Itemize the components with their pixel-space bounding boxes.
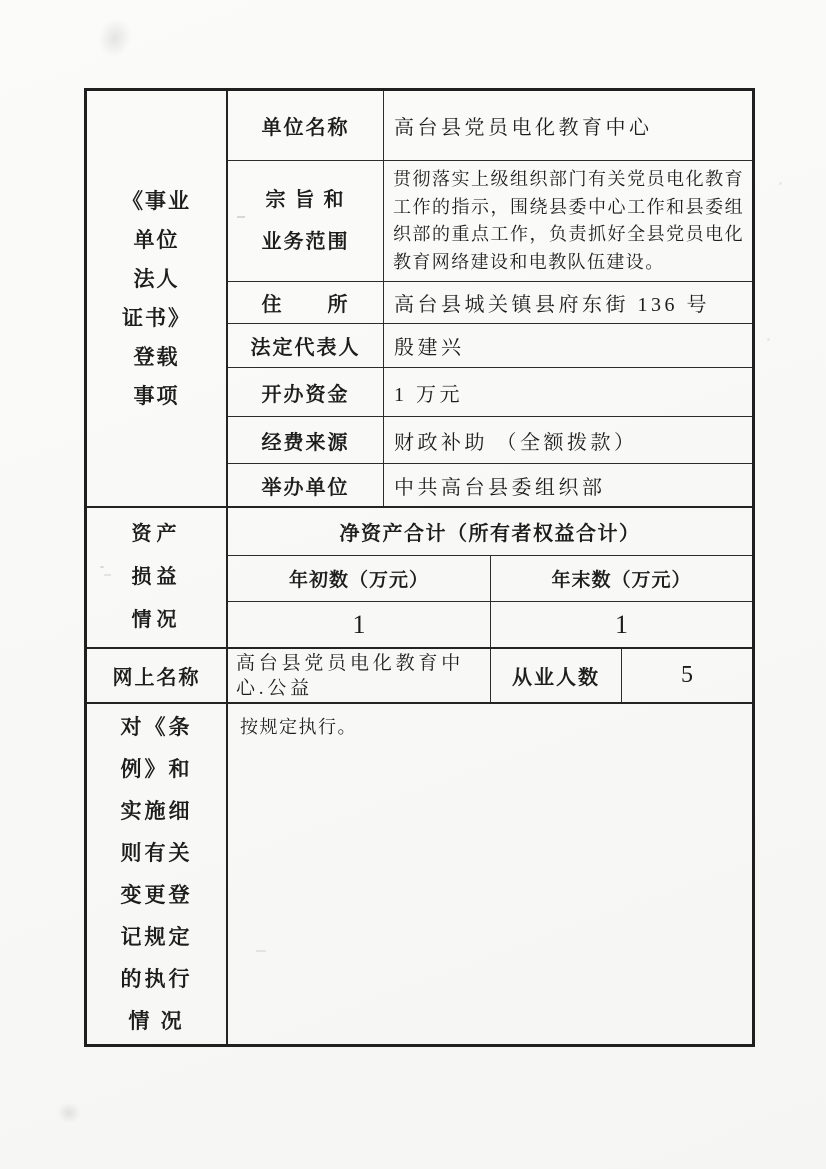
online-name-value: 高台县党员电化教育中心.公益 <box>228 649 491 702</box>
table-row-organizer: 举办单位 中共高台县委组织部 <box>228 464 752 506</box>
regulation-label-line: 记规定 <box>121 916 193 958</box>
regulation-label-line: 变更登 <box>121 874 193 916</box>
regulation-label-line: 则有关 <box>121 832 193 874</box>
online-name-label: 网上名称 <box>113 661 201 690</box>
begin-year-label: 年初数（万元） <box>228 556 491 601</box>
opening-capital-value: 1 万元 <box>384 368 752 416</box>
organizer-label: 举办单位 <box>228 464 384 506</box>
legal-representative-value: 殷建兴 <box>384 324 752 367</box>
regulation-label-line: 对《条 <box>121 706 193 748</box>
online-name-section: 网上名称 高台县党员电化教育中心.公益 从业人数 5 <box>87 649 752 704</box>
opening-capital-label: 开办资金 <box>228 368 384 416</box>
net-assets-header: 净资产合计（所有者权益合计） <box>228 508 752 556</box>
regulation-label-line: 情 况 <box>128 1000 184 1042</box>
certificate-header-line: 事项 <box>134 377 180 416</box>
table-row-legal-representative: 法定代表人 殷建兴 <box>228 324 752 368</box>
regulation-section-label: 对《条 例》和 实施细 则有关 变更登 记规定 的执行 情 况 <box>87 704 228 1044</box>
online-name-label-cell: 网上名称 <box>87 649 228 702</box>
scan-smudge <box>84 4 145 71</box>
asset-profit-loss-section: 资产 损益 情况 净资产合计（所有者权益合计） 年初数（万元） 年末数（万元） … <box>87 508 752 649</box>
certificate-header-line: 法人 <box>134 260 180 299</box>
table-row-funding-source: 经费来源 财政补助 （全额拨款） <box>228 417 752 464</box>
unit-name-label: 单位名称 <box>228 91 384 160</box>
regulation-label-line: 例》和 <box>121 748 193 790</box>
purpose-label: 宗 旨 和 业务范围 <box>228 161 384 281</box>
scan-smudge <box>52 1098 86 1128</box>
staff-count-value: 5 <box>622 649 752 702</box>
purpose-label-line: 宗 旨 和 <box>266 179 346 221</box>
address-value: 高台县城关镇县府东街 136 号 <box>384 282 752 323</box>
legal-representative-label: 法定代表人 <box>228 324 384 367</box>
online-name-text: 高台县党员电化教育中心.公益 <box>236 651 482 701</box>
organizer-value: 中共高台县委组织部 <box>384 464 752 506</box>
regulation-label-line: 的执行 <box>121 958 193 1000</box>
address-label: 住 所 <box>228 282 384 323</box>
asset-label-line: 资产 <box>132 513 182 556</box>
purpose-label-line: 业务范围 <box>262 221 350 263</box>
staff-count-label: 从业人数 <box>491 649 622 702</box>
purpose-value: 贯彻落实上级组织部门有关党员电化教育工作的指示，围绕县委中心工作和县委组织部的重… <box>384 161 752 281</box>
registration-items-table: 《事业 单位 法人 证书》 登载 事项 单位名称 高台县党员电化教育中心 宗 旨… <box>84 88 755 1047</box>
end-year-value: 1 <box>491 602 752 647</box>
certificate-header-line: 登载 <box>134 338 180 377</box>
asset-section-label: 资产 损益 情况 <box>87 508 228 647</box>
asset-section-body: 净资产合计（所有者权益合计） 年初数（万元） 年末数（万元） 1 1 <box>228 508 752 647</box>
year-labels-row: 年初数（万元） 年末数（万元） <box>228 556 752 602</box>
asset-label-line: 情况 <box>132 599 182 642</box>
table-row-purpose: 宗 旨 和 业务范围 贯彻落实上级组织部门有关党员电化教育工作的指示，围绕县委中… <box>228 161 752 282</box>
asset-label-line: 损益 <box>132 556 182 599</box>
table-row-address: 住 所 高台县城关镇县府东街 136 号 <box>228 282 752 324</box>
end-year-label: 年末数（万元） <box>491 556 752 601</box>
funding-source-value: 财政补助 （全额拨款） <box>384 417 752 463</box>
year-values-row: 1 1 <box>228 602 752 647</box>
unit-name-value: 高台县党员电化教育中心 <box>384 91 752 160</box>
table-row-unit-name: 单位名称 高台县党员电化教育中心 <box>228 91 752 161</box>
scanned-document-page: 《事业 单位 法人 证书》 登载 事项 单位名称 高台县党员电化教育中心 宗 旨… <box>0 0 826 1169</box>
scan-artifact <box>767 338 770 341</box>
begin-year-value: 1 <box>228 602 491 647</box>
scan-artifact <box>779 182 782 185</box>
certificate-header-line: 证书》 <box>122 299 191 338</box>
certificate-items-section: 《事业 单位 法人 证书》 登载 事项 单位名称 高台县党员电化教育中心 宗 旨… <box>87 91 752 508</box>
certificate-header-line: 《事业 <box>122 182 191 221</box>
regulation-compliance-section: 对《条 例》和 实施细 则有关 变更登 记规定 的执行 情 况 按规定执行。 <box>87 704 752 1044</box>
certificate-header-line: 单位 <box>134 221 180 260</box>
certificate-header-cell: 《事业 单位 法人 证书》 登载 事项 <box>87 91 228 506</box>
regulation-label-line: 实施细 <box>121 790 193 832</box>
certificate-rows: 单位名称 高台县党员电化教育中心 宗 旨 和 业务范围 贯彻落实上级组织部门有关… <box>228 91 752 506</box>
table-row-opening-capital: 开办资金 1 万元 <box>228 368 752 417</box>
regulation-compliance-value: 按规定执行。 <box>228 704 752 1044</box>
funding-source-label: 经费来源 <box>228 417 384 463</box>
